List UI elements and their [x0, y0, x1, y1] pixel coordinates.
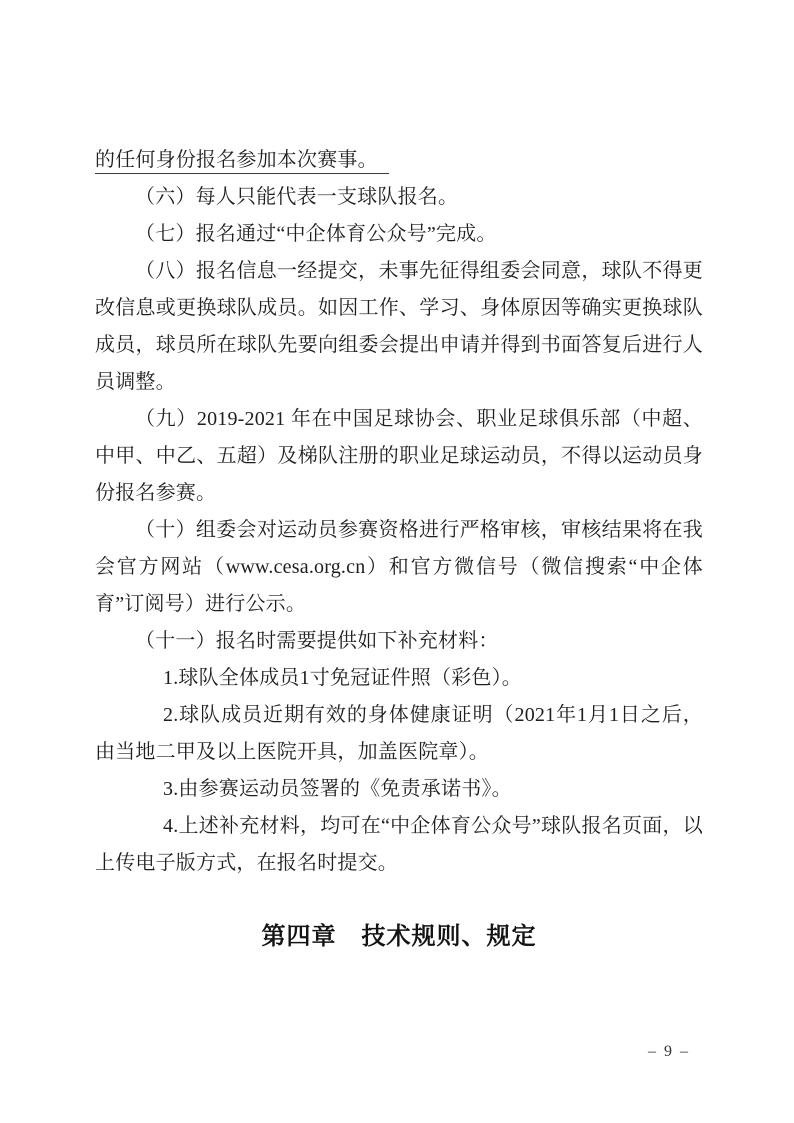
paragraph-carryover-line: 的任何身份报名参加本次赛事。 — [95, 142, 703, 179]
paragraph-item-9: （九）2019-2021 年在中国足球协会、职业足球俱乐部（中超、中甲、中乙、五… — [95, 401, 703, 512]
document-page: 的任何身份报名参加本次赛事。（六）每人只能代表一支球队报名。（七）报名通过“中企… — [0, 0, 794, 1123]
chapter-heading: 第四章 技术规则、规定 — [95, 921, 703, 953]
paragraph-sub-item-2: 2.球队成员近期有效的身体健康证明（2021年1月1日之后，由当地二甲及以上医院… — [95, 697, 703, 771]
paragraph-sub-item-3: 3.由参赛运动员签署的《免责承诺书》。 — [95, 771, 703, 808]
page-number: – 9 – — [648, 1042, 690, 1062]
underlined-text: 的任何身份报名参加本次赛事。 — [95, 149, 389, 174]
paragraph-item-11: （十一）报名时需要提供如下补充材料： — [95, 623, 703, 660]
paragraph-item-10: （十）组委会对运动员参赛资格进行严格审核，审核结果将在我会官方网站（www.ce… — [95, 512, 703, 623]
paragraph-sub-item-4: 4.上述补充材料，均可在“中企体育公众号”球队报名页面，以上传电子版方式，在报名… — [95, 808, 703, 882]
paragraph-item-6: （六）每人只能代表一支球队报名。 — [95, 179, 703, 216]
document-content: 的任何身份报名参加本次赛事。（六）每人只能代表一支球队报名。（七）报名通过“中企… — [95, 142, 703, 953]
paragraph-sub-item-1: 1.球队全体成员1寸免冠证件照（彩色）。 — [95, 660, 703, 697]
paragraph-item-8: （八）报名信息一经提交，未事先征得组委会同意，球队不得更改信息或更换球队成员。如… — [95, 253, 703, 401]
paragraph-item-7: （七）报名通过“中企体育公众号”完成。 — [95, 216, 703, 253]
document-body: 的任何身份报名参加本次赛事。（六）每人只能代表一支球队报名。（七）报名通过“中企… — [95, 142, 703, 882]
